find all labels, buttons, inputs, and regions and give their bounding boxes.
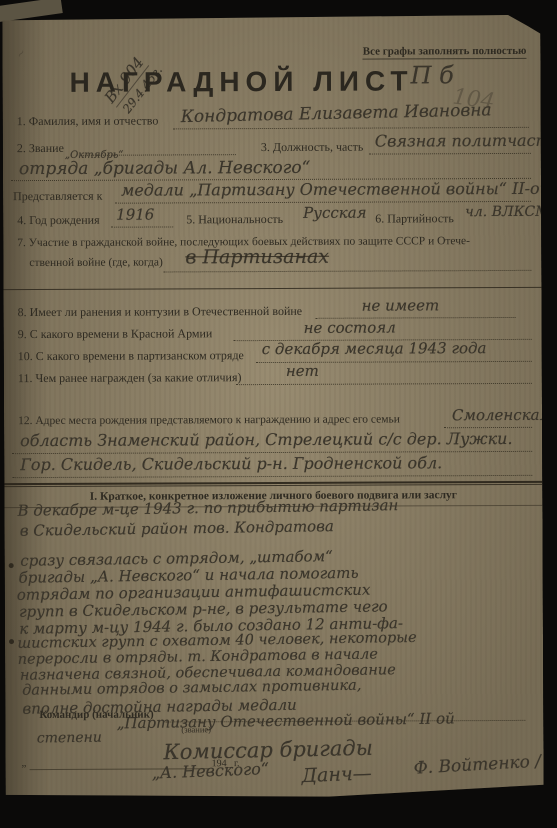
date-open-quote: „: [22, 757, 27, 769]
commander-label: Командир (начальник): [39, 709, 153, 721]
narrative-line: степени: [37, 730, 102, 747]
narrative-line: В декабре м-це 1943 г. по прибытию парти…: [17, 496, 398, 520]
signature-1: Данч—: [301, 762, 372, 787]
narrative-line: в Скидельский район тов. Кондратова: [20, 517, 334, 540]
rank-label: (звание): [181, 724, 211, 734]
narrative-block: В декабре м-це 1943 г. по прибытию парти…: [0, 12, 548, 804]
punch-hole: [9, 639, 14, 644]
scanned-award-sheet: Вх 904 29.4.45г. ~ Все графы заполнять п…: [0, 0, 557, 828]
corner-paper-sliver: [0, 0, 63, 23]
paper-sheet: Вх 904 29.4.45г. ~ Все графы заполнять п…: [2, 15, 543, 801]
punch-hole: [9, 563, 14, 568]
